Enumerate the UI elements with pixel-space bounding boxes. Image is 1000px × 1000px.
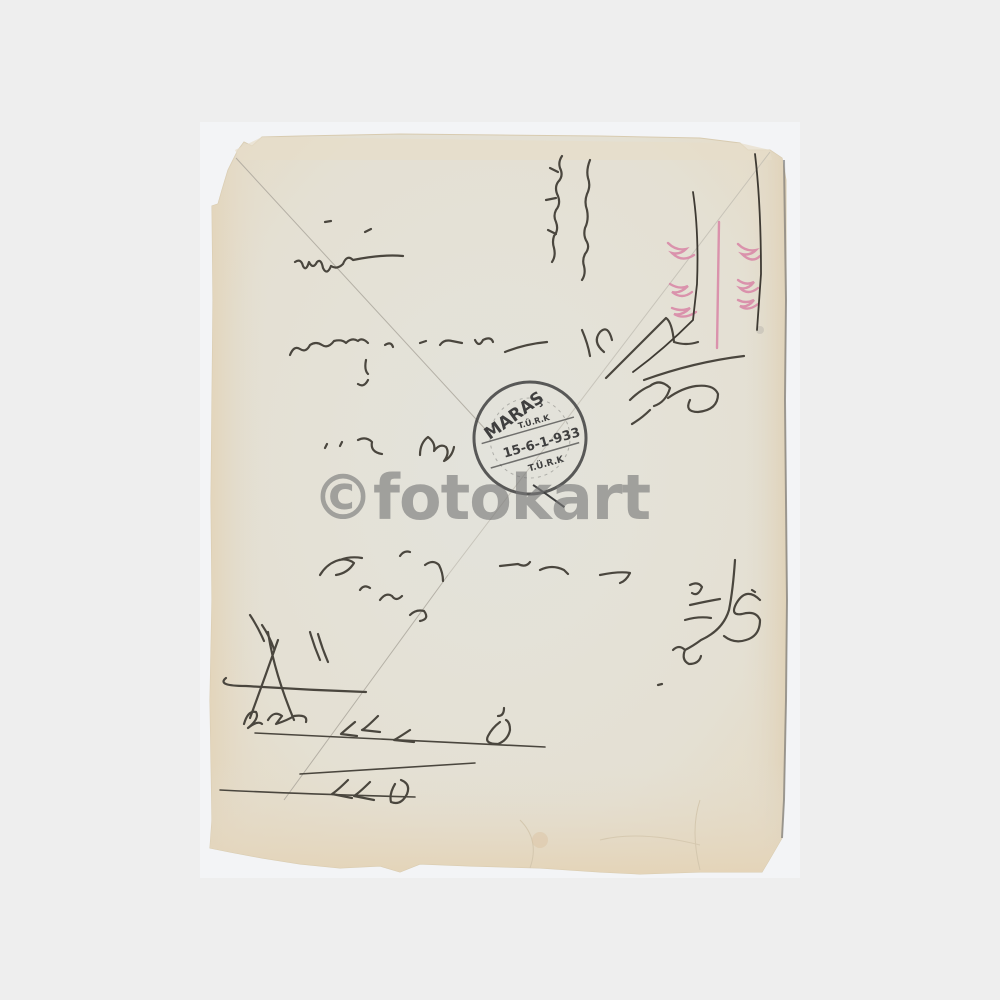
envelope-paper [210, 134, 787, 874]
envelope-photo: MARAŞ T.Ü.R.K 15-6-1-933 T.Ü.R.K [0, 0, 1000, 1000]
